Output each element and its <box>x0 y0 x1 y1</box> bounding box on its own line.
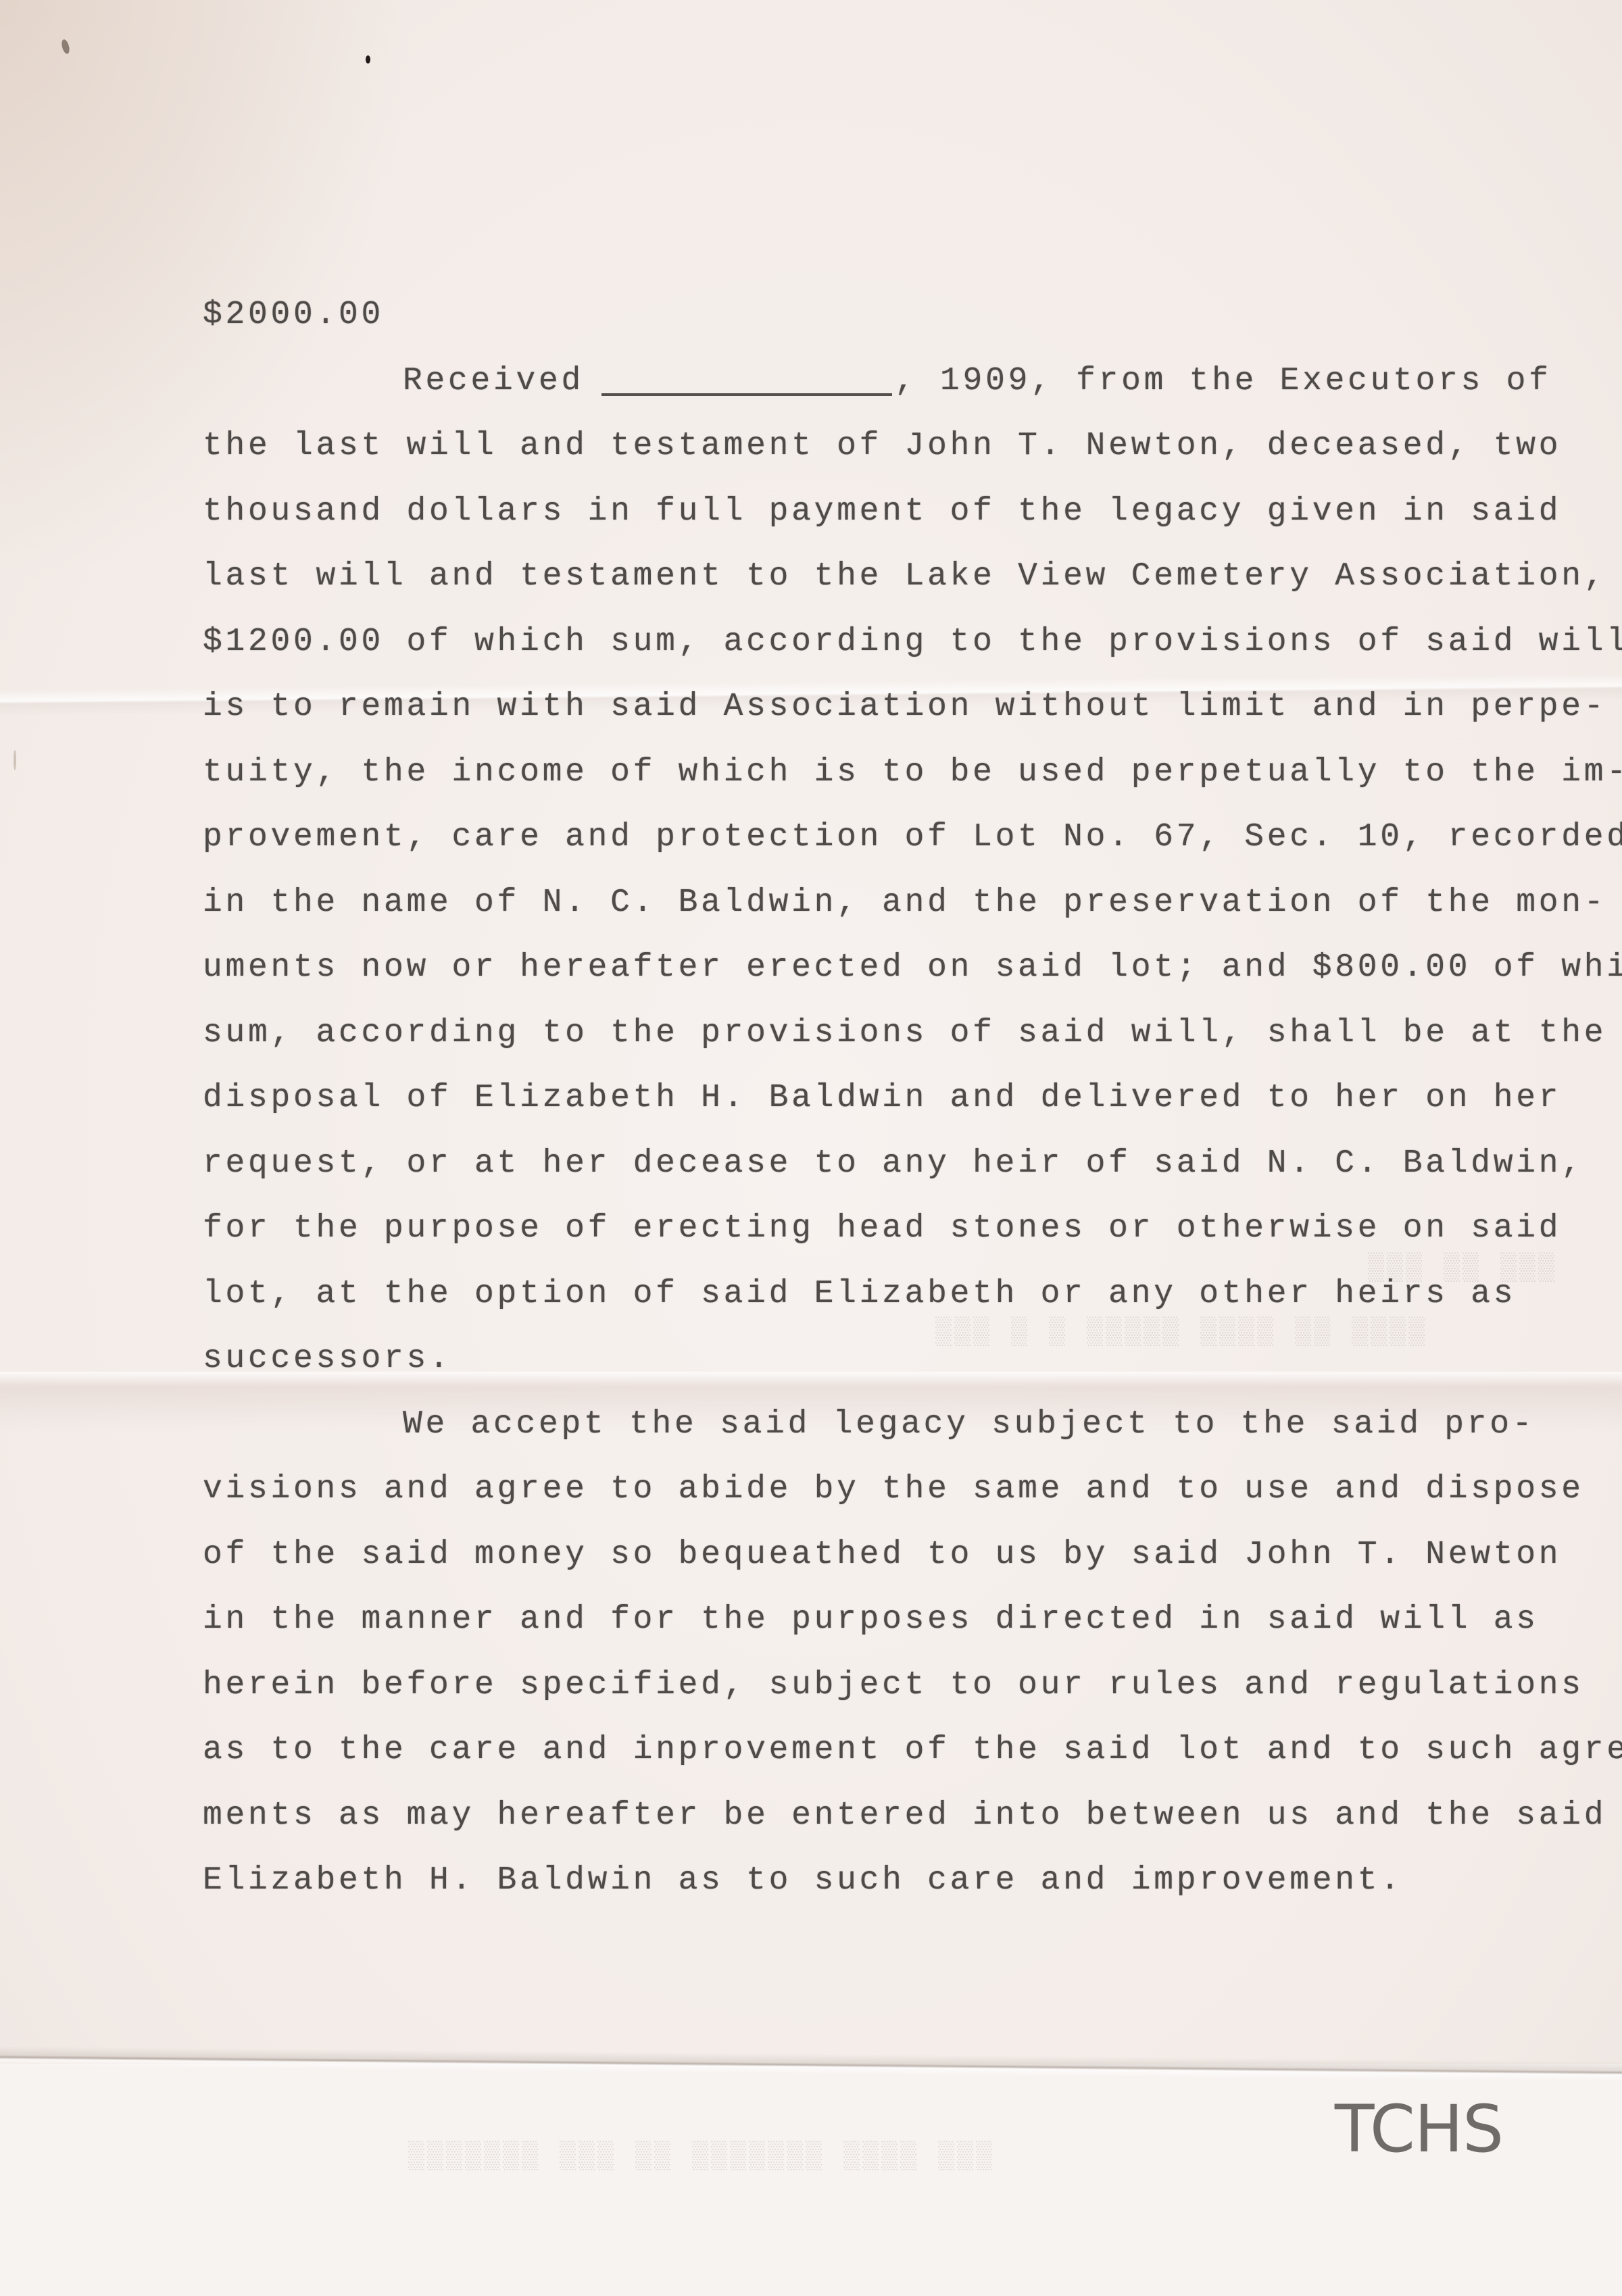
document-line: Elizabeth H. Baldwin as to such care and… <box>203 1864 1403 1897</box>
received-label: Received <box>403 363 584 399</box>
document-line: lot, at the option of said Elizabeth or … <box>203 1278 1516 1310</box>
document-line: disposal of Elizabeth H. Baldwin and del… <box>203 1082 1561 1114</box>
ink-dot-mark <box>366 55 370 64</box>
document-line: in the name of N. C. Baldwin, and the pr… <box>203 887 1606 919</box>
document-line: ments as may hereafter be entered into b… <box>203 1799 1606 1832</box>
document-line: provement, care and protection of Lot No… <box>203 821 1622 853</box>
document-line: sum, according to the provisions of said… <box>203 1017 1606 1049</box>
document-line: is to remain with said Association witho… <box>203 691 1606 723</box>
document-line: successors. <box>203 1343 452 1375</box>
document-line: uments now or hereafter erected on said … <box>203 951 1622 984</box>
receipt-line-received: Received, 1909, from the Executors of <box>403 365 1552 397</box>
bleed-through-text: ▒▒▒▒ ▒▒ ▒▒▒▒ ▒▒▒▒▒ ▒ ▒ ▒▒▒ <box>933 1318 1425 1348</box>
document-line: for the purpose of erecting head stones … <box>203 1212 1561 1245</box>
receipt-amount: $2000.00 <box>203 299 384 331</box>
bleed-through-text: ▒▒▒ ▒▒▒▒ ▒▒▒▒▒▒▒ ▒▒ ▒▒▒ ▒▒▒▒▒▒▒ <box>405 2142 992 2172</box>
document-line: visions and agree to abide by the same a… <box>203 1473 1584 1505</box>
document-line: as to the care and inprovement of the sa… <box>203 1734 1622 1766</box>
document-line: in the manner and for the purposes direc… <box>203 1603 1539 1636</box>
document-line: We accept the said legacy subject to the… <box>403 1408 1535 1441</box>
document-line: the last will and testament of John T. N… <box>203 430 1561 462</box>
document-line: thousand dollars in full payment of the … <box>203 495 1561 528</box>
date-blank-field <box>601 393 892 396</box>
paper-edge-mark <box>14 750 16 770</box>
document-line: tuity, the income of which is to be used… <box>203 756 1622 789</box>
document-line: $1200.00 of which sum, according to the … <box>203 626 1622 658</box>
received-line-rest: , 1909, from the Executors of <box>895 363 1552 399</box>
document-line: last will and testament to the Lake View… <box>203 560 1606 593</box>
document-line: of the said money so bequeathed to us by… <box>203 1539 1561 1571</box>
document-line: request, or at her decease to any heir o… <box>203 1147 1584 1180</box>
document-line: herein before specified, subject to our … <box>203 1669 1584 1701</box>
tchs-watermark: TCHS <box>1335 2097 1503 2162</box>
